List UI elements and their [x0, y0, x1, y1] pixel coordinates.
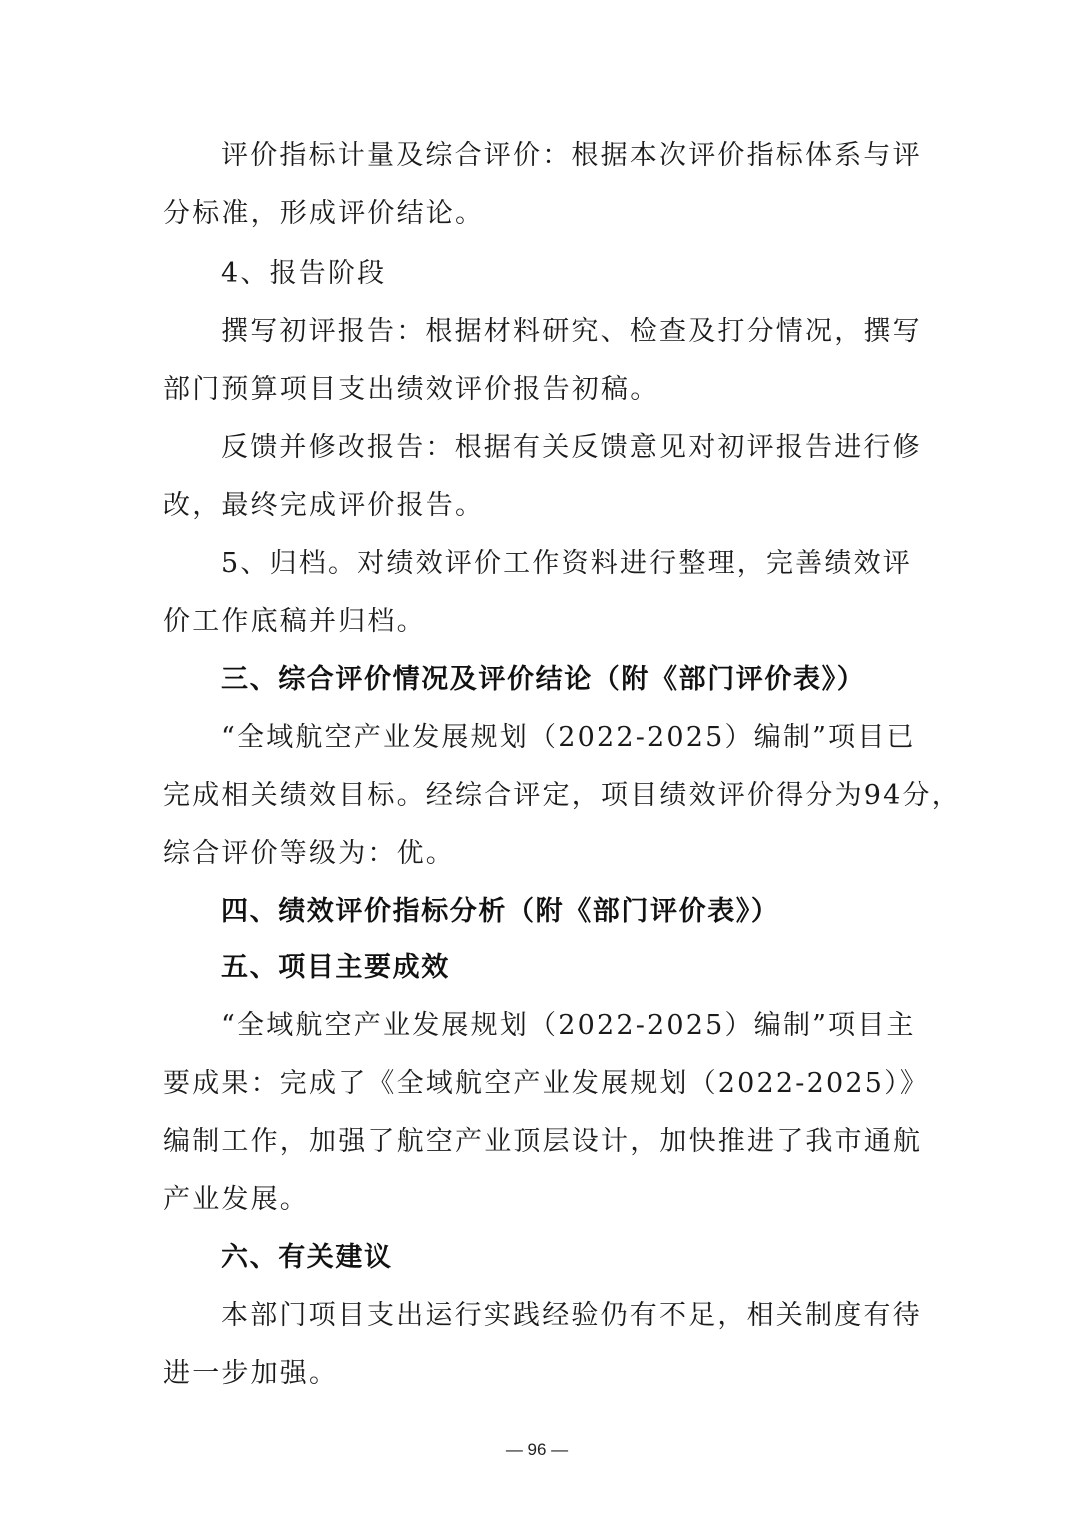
paragraph-draft-report-line-2: 部门预算项目支出绩效评价报告初稿。 — [163, 370, 659, 410]
paragraph-results-line-4: 产业发展。 — [163, 1180, 309, 1220]
paragraph-evaluation-line-2: 分标准，形成评价结论。 — [163, 194, 484, 234]
paragraph-conclusion-line-1: “全域航空产业发展规划（2022-2025）编制”项目已 — [221, 718, 916, 758]
paragraph-feedback-line-1: 反馈并修改报告：根据有关反馈意见对初评报告进行修 — [221, 428, 922, 468]
page-number: — 96 — — [0, 1440, 1074, 1460]
heading-section-3: 三、综合评价情况及评价结论（附《部门评价表》） — [221, 660, 865, 700]
paragraph-archive-line-1: 5、归档。对绩效评价工作资料进行整理，完善绩效评 — [221, 544, 912, 584]
heading-section-5: 五、项目主要成效 — [221, 948, 450, 988]
paragraph-conclusion-line-2: 完成相关绩效目标。经综合评定，项目绩效评价得分为94分， — [163, 776, 961, 816]
paragraph-evaluation-line-1: 评价指标计量及综合评价：根据本次评价指标体系与评 — [221, 136, 922, 176]
paragraph-results-line-2: 要成果：完成了《全域航空产业发展规划（2022-2025）》 — [163, 1064, 929, 1104]
paragraph-results-line-1: “全域航空产业发展规划（2022-2025）编制”项目主 — [221, 1006, 916, 1046]
paragraph-suggestions-line-2: 进一步加强。 — [163, 1354, 338, 1394]
paragraph-feedback-line-2: 改，最终完成评价报告。 — [163, 486, 484, 526]
paragraph-archive-line-2: 价工作底稿并归档。 — [163, 602, 426, 642]
paragraph-conclusion-line-3: 综合评价等级为：优。 — [163, 834, 455, 874]
subsection-report-stage: 4、报告阶段 — [221, 254, 386, 294]
paragraph-results-line-3: 编制工作，加强了航空产业顶层设计，加快推进了我市通航 — [163, 1122, 922, 1162]
heading-section-4: 四、绩效评价指标分析（附《部门评价表》） — [221, 892, 780, 932]
paragraph-draft-report-line-1: 撰写初评报告：根据材料研究、检查及打分情况，撰写 — [221, 312, 922, 352]
heading-section-6: 六、有关建议 — [221, 1238, 393, 1278]
paragraph-suggestions-line-1: 本部门项目支出运行实践经验仍有不足，相关制度有待 — [221, 1296, 922, 1336]
